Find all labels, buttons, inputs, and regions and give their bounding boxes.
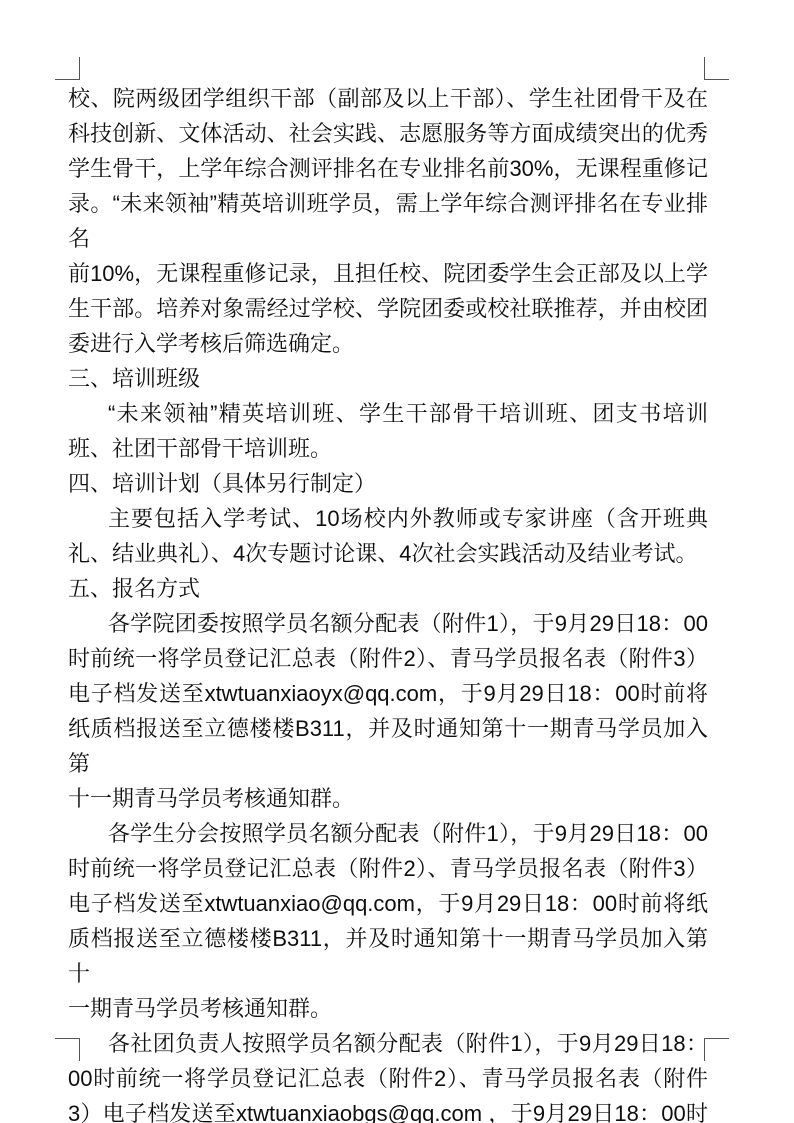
- text-line: 十一期青马学员考核通知群。: [68, 781, 708, 816]
- text-line: 各学生分会按照学员名额分配表（附件1），于9月29日18：00: [68, 816, 708, 851]
- paragraph: 主要包括入学考试、10场校内外教师或专家讲座（含开班典礼、结业典礼）、4次专题讨…: [68, 501, 708, 571]
- crop-mark-top-right: [704, 57, 729, 80]
- text-line: 委进行入学考核后筛选确定。: [68, 326, 708, 361]
- paragraph: 各社团负责人按照学员名额分配表（附件1），于9月29日18：00时前统一将学员登…: [68, 1026, 708, 1123]
- text-line: 科技创新、文体活动、社会实践、志愿服务等方面成绩突出的优秀: [68, 116, 708, 151]
- text-line: 时前统一将学员登记汇总表（附件2）、青马学员报名表（附件3）: [68, 641, 708, 676]
- text-line: 时前统一将学员登记汇总表（附件2）、青马学员报名表（附件3）: [68, 851, 708, 886]
- text-line: 四、培训计划（具体另行制定）: [68, 466, 708, 501]
- text-line: 班、社团干部骨干培训班。: [68, 431, 708, 466]
- text-line: 电子档发送至xtwtuanxiao@qq.com，于9月29日18：00时前将纸: [68, 886, 708, 921]
- text-line: “未来领袖”精英培训班、学生干部骨干培训班、团支书培训: [68, 396, 708, 431]
- paragraph: 各学院团委按照学员名额分配表（附件1），于9月29日18：00时前统一将学员登记…: [68, 606, 708, 816]
- text-line: 主要包括入学考试、10场校内外教师或专家讲座（含开班典: [68, 501, 708, 536]
- text-line: 纸质档报送至立德楼楼B311，并及时通知第十一期青马学员加入第: [68, 711, 708, 781]
- text-line: 质档报送至立德楼楼B311，并及时通知第十一期青马学员加入第十: [68, 921, 708, 991]
- document-page: 校、院两级团学组织干部（副部及以上干部）、学生社团骨干及在科技创新、文体活动、社…: [0, 0, 794, 1123]
- text-line: 电子档发送至xtwtuanxiaoyx@qq.com，于9月29日18：00时前…: [68, 676, 708, 711]
- paragraph: 校、院两级团学组织干部（副部及以上干部）、学生社团骨干及在科技创新、文体活动、社…: [68, 81, 708, 361]
- text-line: 录。“未来领袖”精英培训班学员，需上学年综合测评排名在专业排名: [68, 186, 708, 256]
- text-line: 校、院两级团学组织干部（副部及以上干部）、学生社团骨干及在: [68, 81, 708, 116]
- text-line: 生干部。培养对象需经过学校、学院团委或校社联推荐，并由校团: [68, 291, 708, 326]
- paragraph: 各学生分会按照学员名额分配表（附件1），于9月29日18：00时前统一将学员登记…: [68, 816, 708, 1026]
- text-line: 前10%，无课程重修记录，且担任校、院团委学生会正部及以上学: [68, 256, 708, 291]
- text-line: 各社团负责人按照学员名额分配表（附件1），于9月29日18：: [68, 1026, 708, 1061]
- text-line: 00时前统一将学员登记汇总表（附件2）、青马学员报名表（附件: [68, 1061, 708, 1096]
- crop-mark-top-left: [55, 57, 80, 80]
- section-heading: 五、报名方式: [68, 571, 708, 606]
- text-line: 三、培训班级: [68, 361, 708, 396]
- section-heading: 三、培训班级: [68, 361, 708, 396]
- text-line: 学生骨干，上学年综合测评排名在专业排名前30%，无课程重修记: [68, 151, 708, 186]
- paragraph: “未来领袖”精英培训班、学生干部骨干培训班、团支书培训班、社团干部骨干培训班。: [68, 396, 708, 466]
- text-line: 一期青马学员考核通知群。: [68, 991, 708, 1026]
- text-line: 礼、结业典礼）、4次专题讨论课、4次社会实践活动及结业考试。: [68, 536, 708, 571]
- text-line: 五、报名方式: [68, 571, 708, 606]
- section-heading: 四、培训计划（具体另行制定）: [68, 466, 708, 501]
- text-line: 各学院团委按照学员名额分配表（附件1），于9月29日18：00: [68, 606, 708, 641]
- document-body: 校、院两级团学组织干部（副部及以上干部）、学生社团骨干及在科技创新、文体活动、社…: [68, 81, 708, 1123]
- text-line: 3）电子档发送至xtwtuanxiaobgs@qq.com ，于9月29日18：…: [68, 1096, 708, 1123]
